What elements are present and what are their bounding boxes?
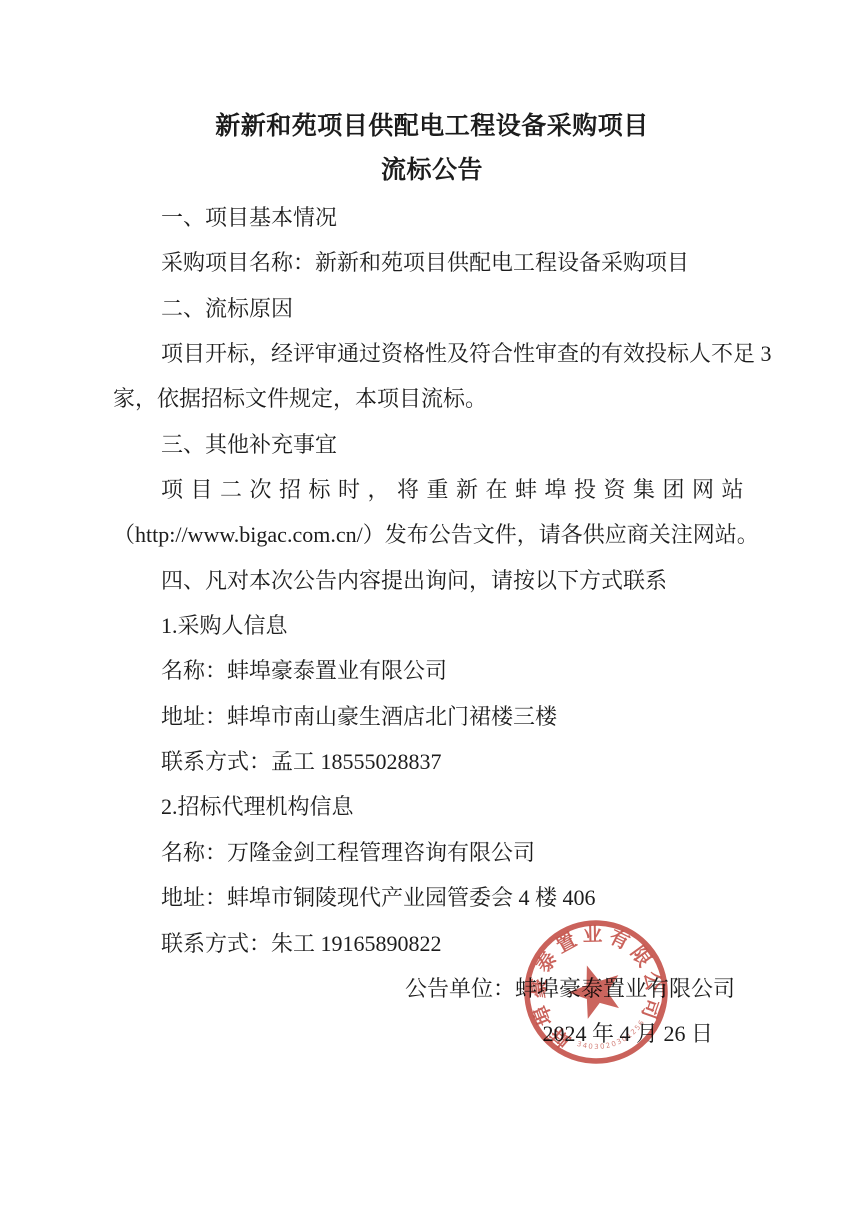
purchaser-contact-line: 联系方式：孟工 18555028837 (113, 739, 751, 784)
document-page: 新新和苑项目供配电工程设备采购项目 流标公告 一、项目基本情况 采购项目名称：新… (0, 0, 864, 1223)
reason-line-2: 家，依据招标文件规定，本项目流标。 (113, 376, 751, 421)
document-title-line-2: 流标公告 (113, 149, 751, 193)
agency-address-line: 地址：蚌埠市铜陵现代产业园管委会 4 楼 406 (113, 875, 751, 920)
document-title-line-1: 新新和苑项目供配电工程设备采购项目 (113, 105, 751, 149)
section-heading-3: 三、其他补充事宜 (113, 422, 751, 467)
issuer-line: 公告单位：蚌埠豪泰置业有限公司 (113, 966, 751, 1011)
purchaser-address-line: 地址：蚌埠市南山豪生酒店北门裙楼三楼 (113, 694, 751, 739)
date-line: 2024 年 4 月 26 日 (113, 1011, 751, 1056)
purchaser-name-line: 名称：蚌埠豪泰置业有限公司 (113, 648, 751, 693)
document-content: 新新和苑项目供配电工程设备采购项目 流标公告 一、项目基本情况 采购项目名称：新… (0, 0, 864, 1223)
document-body: 一、项目基本情况 采购项目名称：新新和苑项目供配电工程设备采购项目 二、流标原因… (113, 195, 751, 1057)
section-heading-2: 二、流标原因 (113, 286, 751, 331)
agency-info-heading: 2.招标代理机构信息 (113, 784, 751, 829)
agency-contact-line: 联系方式：朱工 19165890822 (113, 921, 751, 966)
agency-name-line: 名称：万隆金剑工程管理咨询有限公司 (113, 830, 751, 875)
section-heading-4: 四、凡对本次公告内容提出询问，请按以下方式联系 (113, 558, 751, 603)
reason-line-1: 项目开标，经评审通过资格性及符合性审查的有效投标人不足 3 (113, 331, 751, 376)
section-heading-1: 一、项目基本情况 (113, 195, 751, 240)
rebid-notice-line-1: 项目二次招标时，将重新在蚌埠投资集团网站 (113, 467, 751, 512)
purchaser-info-heading: 1.采购人信息 (113, 603, 751, 648)
rebid-notice-line-2: （http://www.bigac.com.cn/）发布公告文件，请各供应商关注… (113, 512, 751, 557)
project-name-line: 采购项目名称：新新和苑项目供配电工程设备采购项目 (113, 240, 751, 285)
